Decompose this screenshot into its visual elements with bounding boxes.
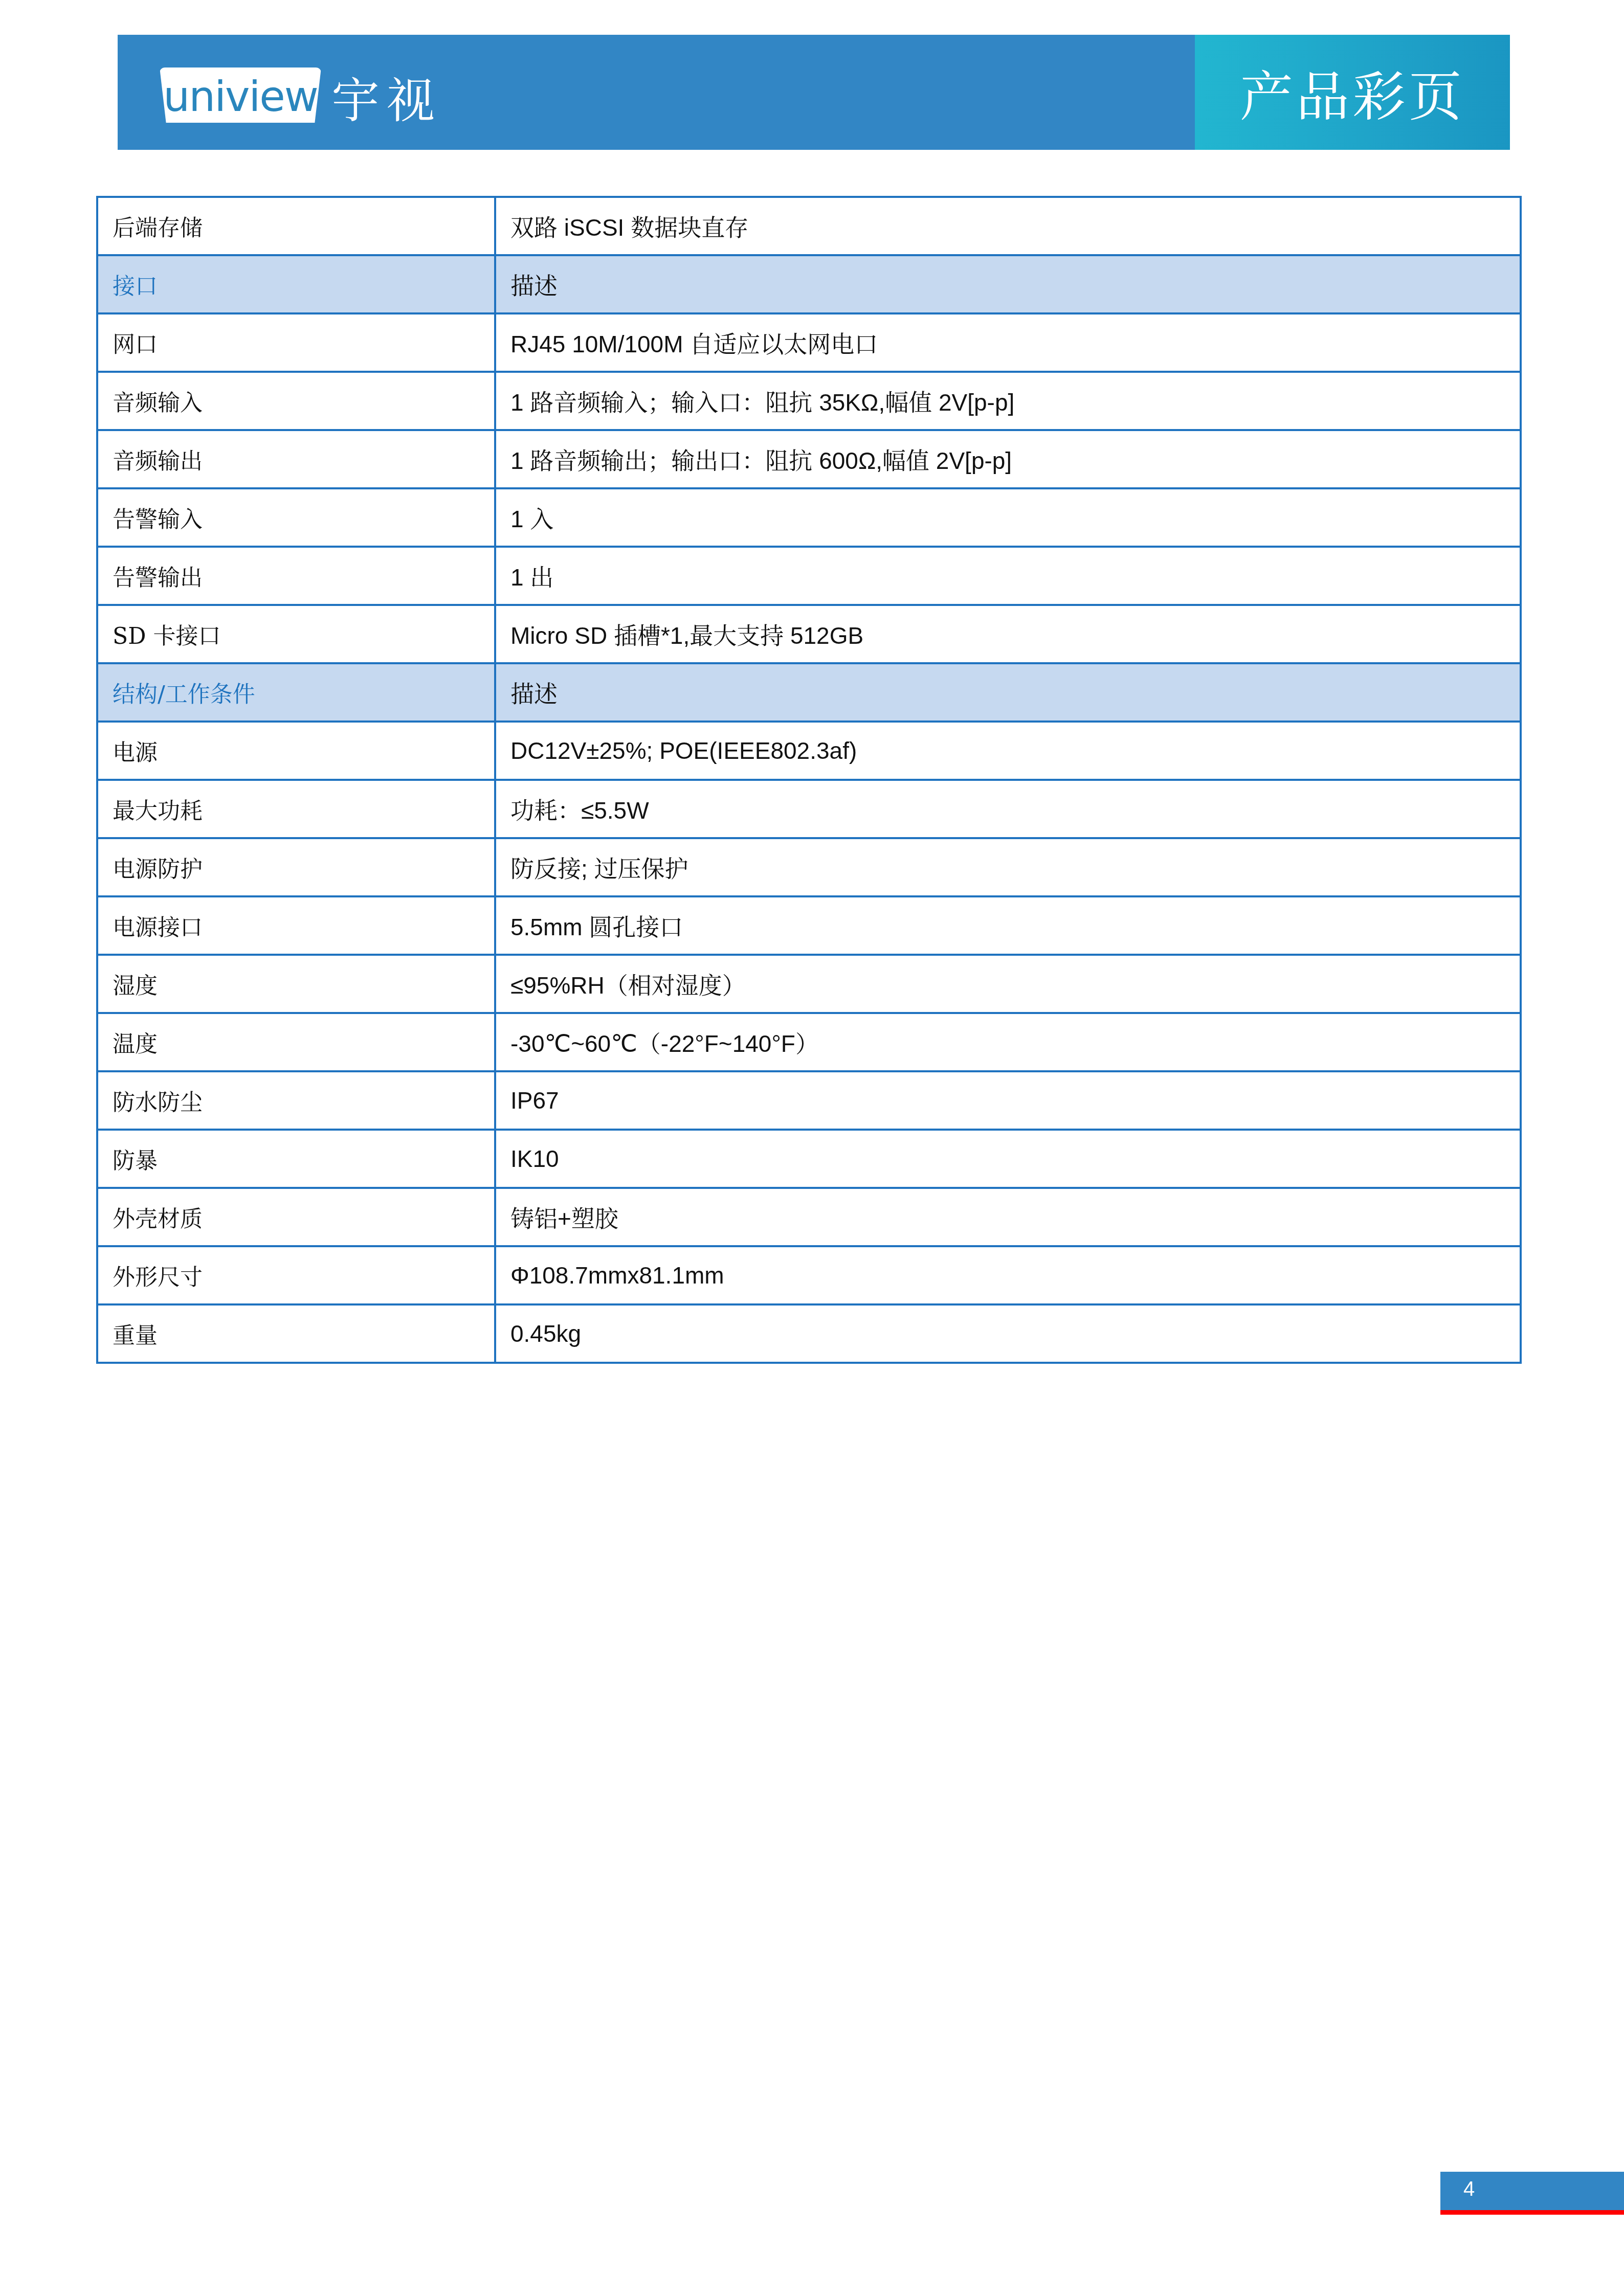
title-banner: 产品彩页 (1195, 35, 1510, 150)
table-row: 湿度≤95%RH（相对湿度） (97, 955, 1521, 1013)
page-header: uniview 宇视 产品彩页 (118, 35, 1510, 150)
spec-key: 防水防尘 (97, 1071, 495, 1130)
spec-key: 音频输入 (97, 372, 495, 430)
spec-value: Φ108.7mmx81.1mm (495, 1246, 1521, 1304)
spec-key: 告警输入 (97, 488, 495, 547)
spec-key: 防暴 (97, 1130, 495, 1188)
spec-key: 外形尺寸 (97, 1246, 495, 1304)
table-row: 外壳材质铸铝+塑胶 (97, 1188, 1521, 1246)
spec-key: 网口 (97, 313, 495, 372)
spec-key: 电源防护 (97, 838, 495, 896)
table-row: 告警输出1 出 (97, 547, 1521, 605)
logo-chinese-name: 宇视 (331, 62, 442, 131)
spec-key: 湿度 (97, 955, 495, 1013)
spec-value: DC12V±25%; POE(IEEE802.3af) (495, 722, 1521, 780)
section-title: 接口 (97, 255, 495, 313)
table-row: 温度-30℃~60℃（-22°F~140°F） (97, 1013, 1521, 1071)
spec-key: SD 卡接口 (97, 605, 495, 663)
table-row: 外形尺寸Φ108.7mmx81.1mm (97, 1246, 1521, 1304)
spec-key: 电源 (97, 722, 495, 780)
spec-value: IK10 (495, 1130, 1521, 1188)
spec-key: 电源接口 (97, 896, 495, 955)
spec-table: 后端存储双路 iSCSI 数据块直存 接口描述 网口RJ45 10M/100M … (96, 196, 1522, 1364)
table-row: 网口RJ45 10M/100M 自适应以太网电口 (97, 313, 1521, 372)
spec-key: 告警输出 (97, 547, 495, 605)
spec-value: 双路 iSCSI 数据块直存 (495, 197, 1521, 255)
spec-key: 最大功耗 (97, 780, 495, 838)
table-row: 后端存储双路 iSCSI 数据块直存 (97, 197, 1521, 255)
page-number: 4 (1463, 2178, 1475, 2201)
spec-key: 音频输出 (97, 430, 495, 488)
spec-value: 1 路音频输出；输出口：阻抗 600Ω,幅值 2V[p-p] (495, 430, 1521, 488)
table-row: 重量0.45kg (97, 1304, 1521, 1363)
table-row: 最大功耗功耗：≤5.5W (97, 780, 1521, 838)
spec-value: 1 路音频输入；输入口：阻抗 35KΩ,幅值 2V[p-p] (495, 372, 1521, 430)
section-header-row: 结构/工作条件描述 (97, 663, 1521, 722)
spec-value: 功耗：≤5.5W (495, 780, 1521, 838)
spec-key: 重量 (97, 1304, 495, 1363)
spec-value: IP67 (495, 1071, 1521, 1130)
table-row: SD 卡接口Micro SD 插槽*1,最大支持 512GB (97, 605, 1521, 663)
section-title: 结构/工作条件 (97, 663, 495, 722)
spec-value: 防反接; 过压保护 (495, 838, 1521, 896)
table-row: 电源接口5.5mm 圆孔接口 (97, 896, 1521, 955)
section-header-row: 接口描述 (97, 255, 1521, 313)
spec-key: 外壳材质 (97, 1188, 495, 1246)
page-number-badge: 4 (1440, 2172, 1624, 2215)
table-row: 音频输出1 路音频输出；输出口：阻抗 600Ω,幅值 2V[p-p] (97, 430, 1521, 488)
table-row: 音频输入1 路音频输入；输入口：阻抗 35KΩ,幅值 2V[p-p] (97, 372, 1521, 430)
page-title: 产品彩页 (1240, 54, 1465, 131)
spec-value: Micro SD 插槽*1,最大支持 512GB (495, 605, 1521, 663)
spec-value: 5.5mm 圆孔接口 (495, 896, 1521, 955)
table-row: 告警输入1 入 (97, 488, 1521, 547)
spec-value: RJ45 10M/100M 自适应以太网电口 (495, 313, 1521, 372)
table-row: 电源DC12V±25%; POE(IEEE802.3af) (97, 722, 1521, 780)
spec-value: 1 入 (495, 488, 1521, 547)
section-desc-label: 描述 (495, 663, 1521, 722)
spec-key: 后端存储 (97, 197, 495, 255)
spec-key: 温度 (97, 1013, 495, 1071)
section-desc-label: 描述 (495, 255, 1521, 313)
table-row: 电源防护防反接; 过压保护 (97, 838, 1521, 896)
table-row: 防水防尘IP67 (97, 1071, 1521, 1130)
uniview-logo-badge: uniview (160, 67, 321, 123)
table-row: 防暴IK10 (97, 1130, 1521, 1188)
logo-text: uniview (163, 73, 318, 121)
spec-value: ≤95%RH（相对湿度） (495, 955, 1521, 1013)
spec-value: 0.45kg (495, 1304, 1521, 1363)
spec-value: -30℃~60℃（-22°F~140°F） (495, 1013, 1521, 1071)
spec-value: 1 出 (495, 547, 1521, 605)
spec-value: 铸铝+塑胶 (495, 1188, 1521, 1246)
brand-banner: uniview 宇视 (118, 35, 1195, 150)
